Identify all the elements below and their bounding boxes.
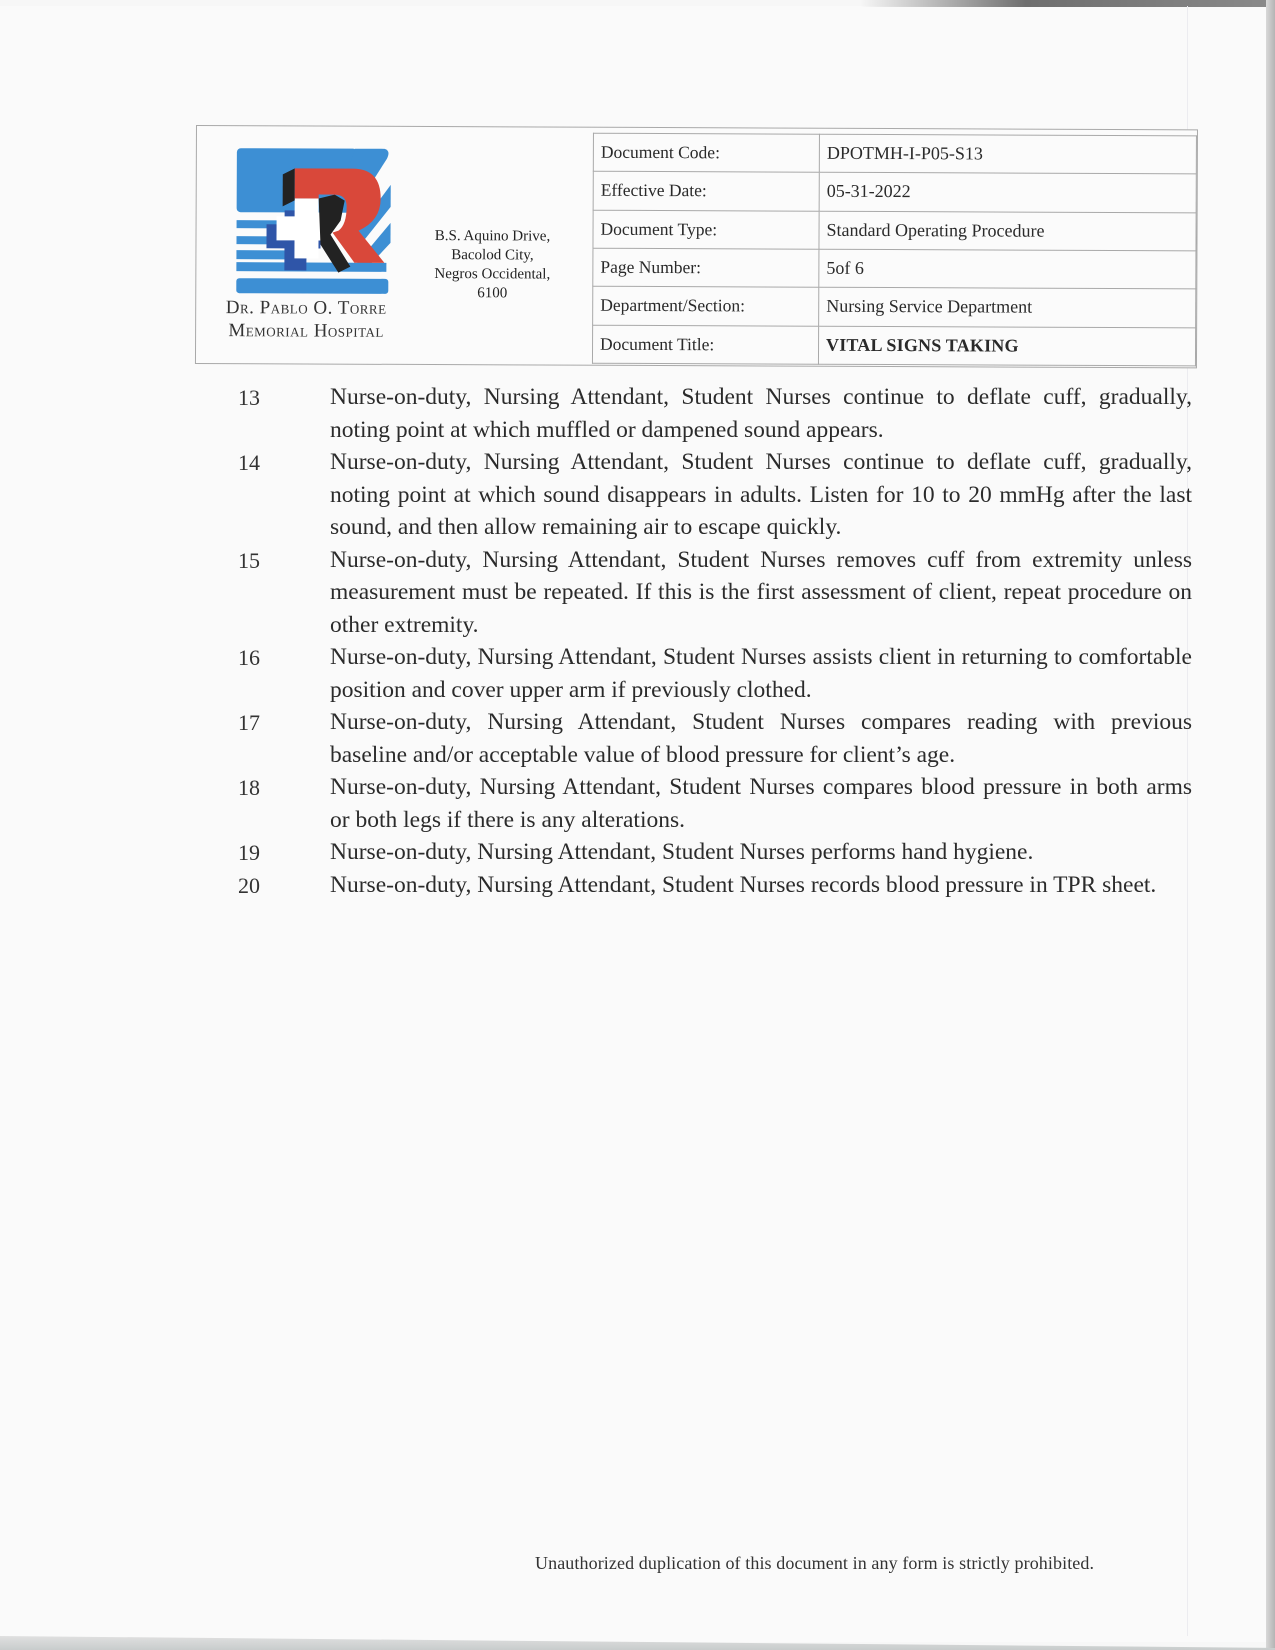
field-label: Document Code: (593, 133, 819, 172)
field-label: Document Type: (593, 210, 819, 249)
step-number: 18 (232, 771, 330, 836)
info-row-document-code: Document Code: DPOTMH-I-P05-S13 (593, 133, 1196, 174)
step-number: 13 (232, 381, 330, 446)
document-header: Dr. Pablo O. Torre Memorial Hospital B.S… (195, 125, 1198, 368)
field-value: 05-31-2022 (819, 173, 1196, 213)
step-number: 19 (232, 836, 330, 869)
field-label: Department/Section: (593, 287, 819, 326)
hospital-name-line2: Memorial Hospital (196, 319, 416, 343)
step-text: Nurse-on-duty, Nursing Attendant, Studen… (330, 706, 1192, 771)
step-number: 14 (232, 446, 330, 544)
duplication-notice: Unauthorized duplication of this documen… (535, 1553, 1094, 1574)
scan-shadow-top (860, 0, 1275, 7)
step-item: 15 Nurse-on-duty, Nursing Attendant, Stu… (232, 544, 1192, 642)
scan-shadow-right (1266, 0, 1275, 1650)
step-item: 19 Nurse-on-duty, Nursing Attendant, Stu… (232, 836, 1192, 869)
step-number: 16 (232, 641, 330, 706)
step-number: 20 (232, 869, 330, 902)
step-number: 17 (232, 706, 330, 771)
step-text: Nurse-on-duty, Nursing Attendant, Studen… (330, 771, 1192, 836)
field-label: Effective Date: (593, 172, 819, 211)
step-item: 13 Nurse-on-duty, Nursing Attendant, Stu… (232, 381, 1192, 446)
info-row-document-type: Document Type: Standard Operating Proced… (593, 210, 1196, 251)
hospital-address: B.S. Aquino Drive, Bacolod City, Negros … (414, 227, 570, 304)
field-value: 5of 6 (819, 249, 1196, 289)
field-label: Page Number: (593, 248, 819, 287)
info-row-page-number: Page Number: 5of 6 (593, 248, 1196, 289)
document-title: VITAL SIGNS TAKING (818, 326, 1195, 366)
info-row-effective-date: Effective Date: 05-31-2022 (593, 172, 1196, 213)
address-line: Bacolod City, (414, 246, 570, 266)
step-number: 15 (232, 544, 330, 642)
step-item: 14 Nurse-on-duty, Nursing Attendant, Stu… (232, 446, 1192, 544)
field-label: Document Title: (592, 325, 818, 364)
address-line: Negros Occidental, (414, 265, 570, 285)
procedure-steps: 13 Nurse-on-duty, Nursing Attendant, Stu… (232, 381, 1192, 902)
logo-cell: Dr. Pablo O. Torre Memorial Hospital (196, 126, 407, 364)
step-item: 16 Nurse-on-duty, Nursing Attendant, Stu… (232, 641, 1192, 706)
document-info-table: Document Code: DPOTMH-I-P05-S13 Effectiv… (592, 133, 1197, 367)
step-item: 17 Nurse-on-duty, Nursing Attendant, Stu… (232, 706, 1192, 771)
step-text: Nurse-on-duty, Nursing Attendant, Studen… (330, 446, 1192, 544)
address-line: 6100 (414, 284, 570, 304)
step-item: 18 Nurse-on-duty, Nursing Attendant, Stu… (232, 771, 1192, 836)
step-text: Nurse-on-duty, Nursing Attendant, Studen… (330, 381, 1192, 446)
field-value: DPOTMH-I-P05-S13 (819, 134, 1196, 174)
info-row-document-title: Document Title: VITAL SIGNS TAKING (592, 325, 1195, 366)
field-value: Standard Operating Procedure (819, 211, 1196, 251)
hospital-name: Dr. Pablo O. Torre Memorial Hospital (196, 296, 416, 343)
hospital-name-line1: Dr. Pablo O. Torre (196, 296, 416, 320)
info-row-department: Department/Section: Nursing Service Depa… (593, 287, 1196, 328)
step-text: Nurse-on-duty, Nursing Attendant, Studen… (330, 836, 1192, 869)
address-line: B.S. Aquino Drive, (414, 227, 570, 247)
step-text: Nurse-on-duty, Nursing Attendant, Studen… (330, 869, 1192, 902)
step-text: Nurse-on-duty, Nursing Attendant, Studen… (330, 641, 1192, 706)
step-text: Nurse-on-duty, Nursing Attendant, Studen… (330, 544, 1192, 642)
hospital-logo-icon (234, 144, 393, 297)
step-item: 20 Nurse-on-duty, Nursing Attendant, Stu… (232, 869, 1192, 902)
field-value: Nursing Service Department (819, 288, 1196, 328)
